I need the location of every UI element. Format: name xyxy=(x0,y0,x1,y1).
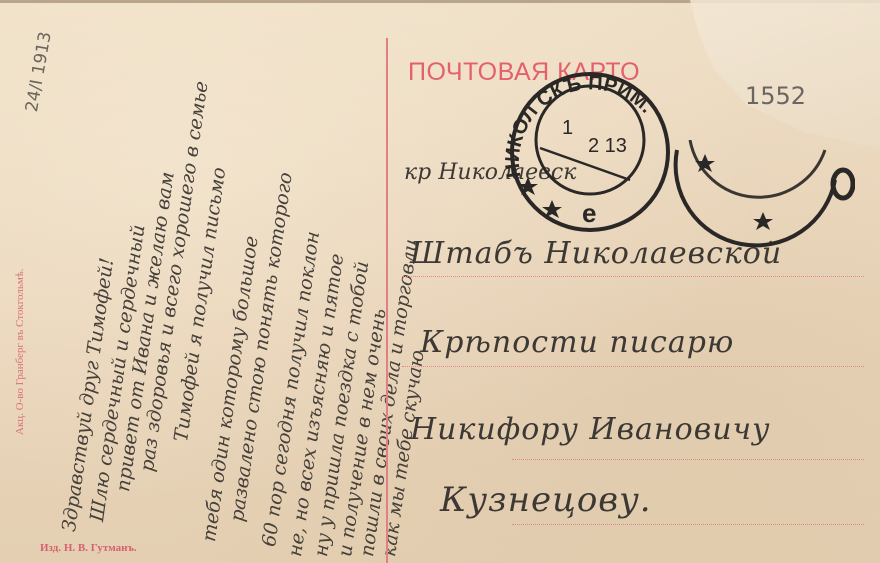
pencil-number: 1552 xyxy=(745,82,806,110)
divider-line xyxy=(386,38,388,563)
torn-corner xyxy=(690,0,880,150)
publisher-bottom-imprint: Изд. Н. В. Гутманъ. xyxy=(40,542,137,554)
address-rule xyxy=(512,524,864,525)
second-postmark xyxy=(665,140,855,250)
address-line: Кузнецову. xyxy=(440,480,652,520)
address-line: Никифору Ивановичу xyxy=(410,412,771,447)
postcard: 24/I 1913 Здравствуй друг Тимофей! Шлю с… xyxy=(0,0,880,563)
svg-text:2 13: 2 13 xyxy=(588,135,627,157)
pencil-date-note: 24/I 1913 xyxy=(22,30,56,113)
svg-text:1: 1 xyxy=(562,117,573,139)
main-postmark: НИКОЛ СКЪ ПРИМ. 1 2 13 е xyxy=(490,72,690,242)
address-line: Крѣпости писарю xyxy=(420,325,734,360)
address-rule xyxy=(512,459,864,460)
publisher-side-imprint: Акц. О-во Гранберг въ Стокгольмѣ. xyxy=(14,268,26,435)
svg-text:е: е xyxy=(582,198,596,228)
address-rule xyxy=(402,366,864,367)
address-rule xyxy=(402,276,864,277)
